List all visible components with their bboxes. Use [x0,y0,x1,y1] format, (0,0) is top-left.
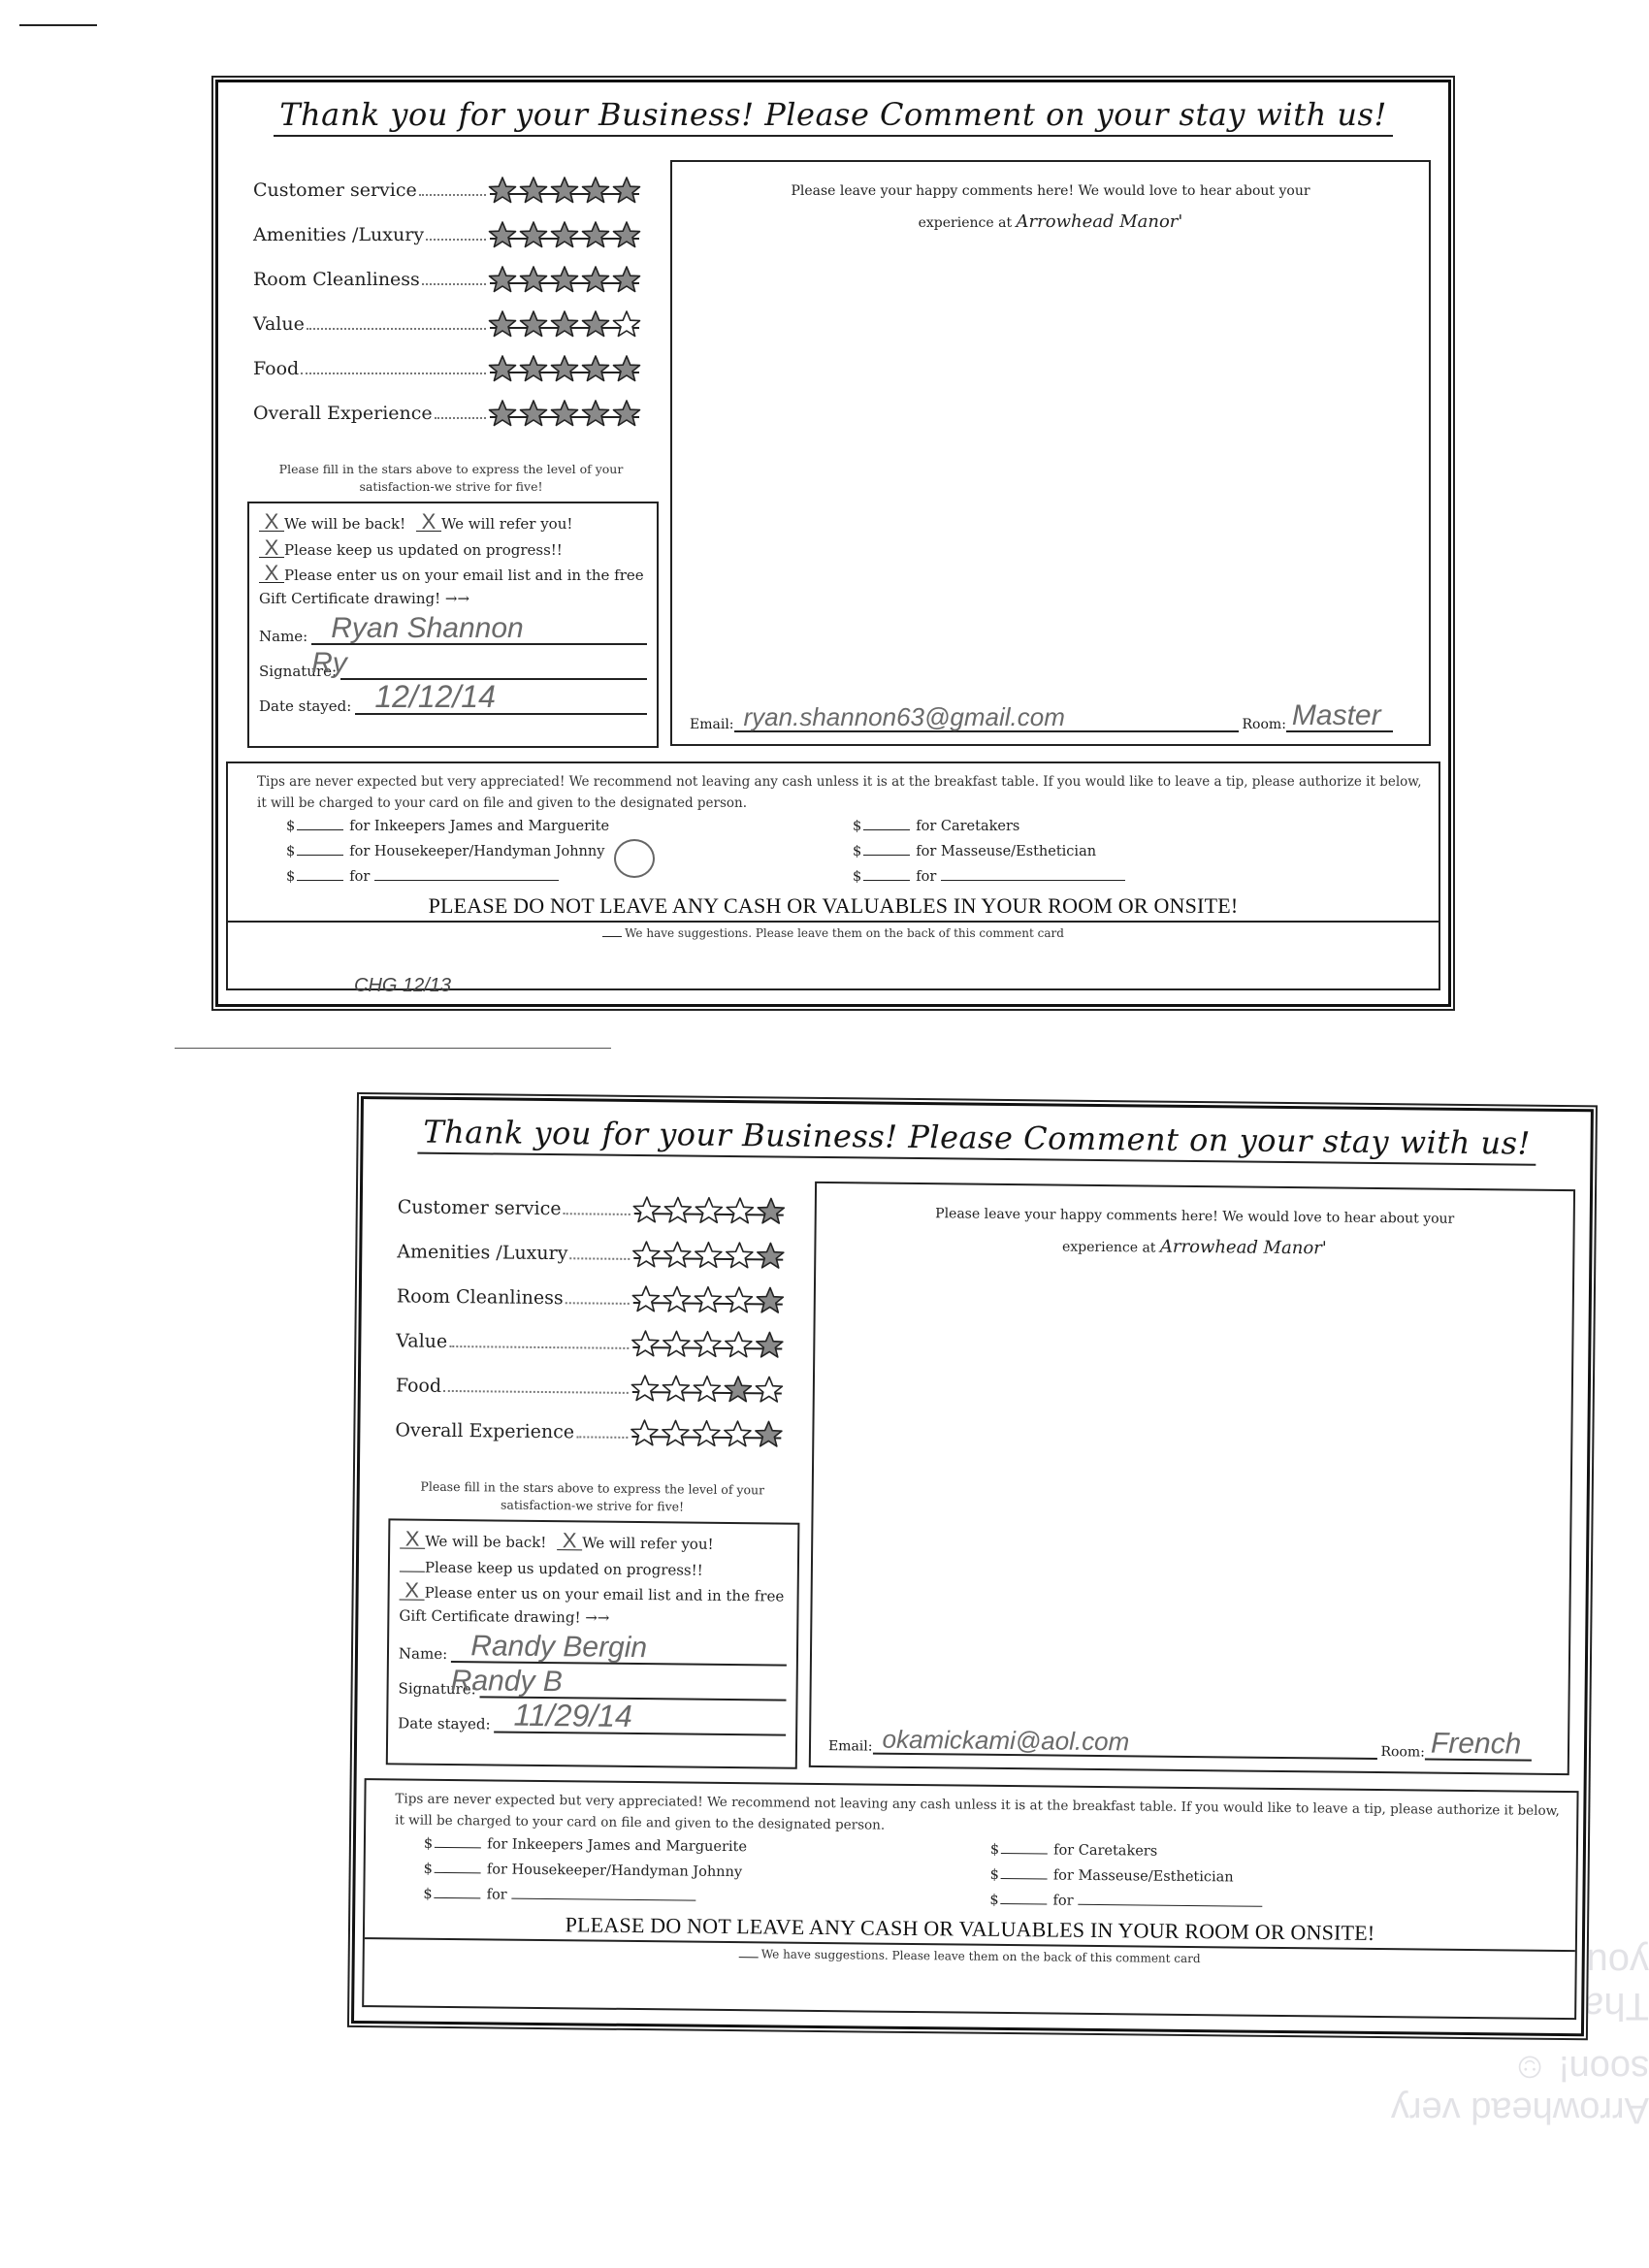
warning-text: PLEASE DO NOT LEAVE ANY CASH OR VALUABLE… [228,893,1439,923]
date-input[interactable]: 12/12/14 [355,690,647,715]
rating-label: Room Cleanliness [397,1285,564,1309]
rating-row: Food [396,1363,784,1411]
acknowledgement-box: XWe will be back! XWe will refer you! Pl… [386,1518,800,1768]
star-empty-icon[interactable] [612,309,641,339]
star-filled-icon[interactable] [612,265,641,294]
star-filled-icon[interactable] [488,309,517,339]
rating-label: Amenities /Luxury [253,224,424,245]
tip-amount-input[interactable] [863,880,910,881]
star-empty-icon[interactable] [630,1418,659,1447]
leader-dots [422,283,486,285]
tip-amount-input[interactable] [297,855,343,856]
tip-label: for [487,1887,507,1902]
star-rating[interactable] [630,1374,784,1405]
star-filled-icon[interactable] [519,265,548,294]
scan-edge [175,1048,611,1049]
card-title: Thank you for your Business! Please Comm… [218,96,1448,133]
suggestions-line: We have suggestions. Please leave them o… [228,926,1439,940]
star-filled-icon[interactable] [724,1375,753,1404]
star-empty-icon[interactable] [663,1195,693,1224]
star-empty-icon[interactable] [631,1284,661,1313]
name-field: Name:Randy Bergin [399,1627,787,1666]
leader-dots [563,1213,630,1215]
star-filled-icon[interactable] [757,1196,786,1225]
name-input[interactable]: Ryan Shannon [311,620,647,645]
star-filled-icon[interactable] [488,265,517,294]
star-rating[interactable] [631,1240,785,1271]
email-input[interactable]: okamickami@aol.com [872,1726,1376,1760]
rating-label: Value [396,1330,447,1352]
star-filled-icon[interactable] [581,220,610,249]
star-empty-icon[interactable] [663,1284,692,1313]
signature-input[interactable]: Ry [340,655,647,680]
rating-label: Customer service [253,179,417,201]
star-empty-icon[interactable] [725,1285,754,1314]
tip-amount-input[interactable] [1001,1878,1048,1880]
star-filled-icon[interactable] [754,1419,783,1448]
star-filled-icon[interactable] [550,265,579,294]
ack-label: We will be back! [425,1533,546,1551]
star-filled-icon[interactable] [581,354,610,383]
tip-label: for Housekeeper/Handyman Johnny [487,1862,742,1880]
comment-prompt: Please leave your happy comments here! W… [816,1197,1573,1268]
comment-prompt: Please leave your happy comments here! W… [672,176,1429,239]
star-filled-icon[interactable] [612,354,641,383]
star-empty-icon[interactable] [661,1418,690,1447]
tip-amount-input[interactable] [297,829,343,830]
ack-label: Please keep us updated on progress!! [284,541,563,559]
tip-amount-input[interactable] [435,1847,481,1849]
ratings-section: Customer serviceAmenities /LuxuryRoom Cl… [395,1184,786,1456]
comments-box[interactable]: Please leave your happy comments here! W… [809,1182,1575,1775]
star-filled-icon[interactable] [756,1241,785,1270]
leader-dots [576,1436,628,1439]
ack-row-email-list: XPlease enter us on your email list and … [399,1580,787,1631]
tip-amount-input[interactable] [863,829,910,830]
email-room-row: Email: ryan.shannon63@gmail.com Room: Ma… [690,703,1419,732]
star-empty-icon[interactable] [693,1375,722,1404]
tips-section: Tips are never expected but very appreci… [362,1778,1578,2020]
rating-row: Room Cleanliness [253,257,641,302]
tip-amount-input[interactable] [863,855,910,856]
star-filled-icon[interactable] [488,399,517,428]
room-input[interactable]: French [1425,1732,1532,1762]
ratings-section: Customer serviceAmenities /LuxuryRoom Cl… [253,168,641,436]
tip-item: $for [286,864,833,890]
ack-label: Please keep us updated on progress!! [425,1559,703,1579]
tip-amount-input[interactable] [1001,1903,1048,1905]
checkbox-will-refer[interactable]: X [416,513,441,532]
star-filled-icon[interactable] [488,220,517,249]
rating-label: Food [253,358,299,379]
star-empty-icon[interactable] [694,1285,723,1314]
star-empty-icon[interactable] [726,1196,755,1225]
star-empty-icon[interactable] [755,1375,784,1404]
ack-label: We will be back! [284,515,405,533]
rating-row: Overall Experience [253,391,641,436]
checkbox-email-list[interactable]: X [400,1581,425,1600]
tips-text: Tips are never expected but very appreci… [228,763,1439,814]
ack-label: Please enter us on your email list and i… [259,567,644,607]
rating-row: Amenities /Luxury [253,212,641,257]
rating-label: Food [396,1375,441,1396]
acknowledgement-box: XWe will be back! XWe will refer you! XP… [247,502,659,748]
star-empty-icon[interactable] [630,1374,660,1403]
name-field: Name:Ryan Shannon [259,610,647,645]
leader-dots [443,1390,629,1394]
star-empty-icon[interactable] [695,1196,724,1225]
rating-row: Room Cleanliness [397,1274,785,1322]
tip-item: $for Inkeepers James and Marguerite [286,814,833,839]
star-filled-icon[interactable] [581,176,610,205]
pencil-circle-mark [614,839,655,878]
star-filled-icon[interactable] [550,220,579,249]
tip-item: $for Masseuse/Esthetician [853,839,1400,864]
star-empty-icon[interactable] [723,1419,752,1448]
star-empty-icon[interactable] [630,1329,660,1358]
tip-recipient-input[interactable] [511,1898,695,1901]
comment-card-2: Thank you for your Business! Please Comm… [351,1096,1594,2036]
rating-label: Overall Experience [395,1419,574,1442]
tip-recipient-input[interactable] [941,880,1125,881]
star-filled-icon[interactable] [581,309,610,339]
star-filled-icon[interactable] [550,309,579,339]
name-input[interactable]: Randy Bergin [451,1637,787,1667]
rating-label: Value [253,313,305,335]
tip-item: $for [423,1882,970,1913]
star-rating[interactable] [488,399,641,428]
tip-item: $for [989,1888,1536,1919]
email-input[interactable]: ryan.shannon63@gmail.com [734,703,1239,732]
rating-label: Overall Experience [253,403,433,424]
rating-row: Value [253,302,641,346]
star-filled-icon[interactable] [519,399,548,428]
rating-label: Customer service [398,1196,562,1219]
star-filled-icon[interactable] [550,399,579,428]
star-filled-icon[interactable] [488,176,517,205]
star-rating[interactable] [630,1329,784,1360]
star-rating[interactable] [488,220,641,249]
star-rating[interactable] [632,1195,786,1226]
ack-row-updated: XPlease keep us updated on progress!! [259,537,647,564]
tip-items: $for Inkeepers James and Marguerite$for … [365,1831,1576,1919]
leader-dots [566,1302,630,1305]
ack-row-updated: Please keep us updated on progress!! [400,1554,788,1584]
rating-label: Amenities /Luxury [397,1241,567,1264]
rating-row: Overall Experience [395,1408,783,1456]
star-filled-icon[interactable] [755,1330,784,1359]
leader-dots [301,373,486,374]
manor-name: Arrowhead Manor' [1017,211,1183,232]
checkbox-will-refer[interactable]: X [557,1532,582,1550]
checkbox-will-be-back[interactable]: X [400,1530,425,1548]
tip-label: for Caretakers [1053,1843,1157,1860]
star-empty-icon[interactable] [692,1419,721,1448]
star-empty-icon[interactable] [662,1374,691,1403]
rating-row: Amenities /Luxury [397,1229,785,1278]
tip-label: for Masseuse/Esthetician [916,844,1096,859]
room-input[interactable]: Master [1286,703,1393,732]
signature-field: Signature:Randy B [399,1662,787,1701]
bleed-through-text: Arrowhead very soon! ☺ [1377,2047,1649,2130]
leader-dots [449,1345,629,1349]
comment-card-1: Thank you for your Business! Please Comm… [215,80,1451,1007]
tip-items: $for Inkeepers James and Marguerite$for … [228,814,1439,890]
ack-label: Please enter us on your email list and i… [399,1584,784,1627]
rating-label: Room Cleanliness [253,269,420,290]
star-filled-icon[interactable] [581,399,610,428]
tip-label: for Caretakers [916,819,1019,834]
tip-label: for Inkeepers James and Marguerite [349,819,609,834]
checkbox-email-list[interactable]: X [259,565,284,583]
ack-row-back-refer: XWe will be back! XWe will refer you! [400,1528,788,1558]
star-filled-icon[interactable] [550,176,579,205]
tip-item: $for [853,864,1400,890]
star-filled-icon[interactable] [581,265,610,294]
tip-label: for Housekeeper/Handyman Johnny [349,844,604,859]
tip-label: for [916,869,936,885]
star-rating[interactable] [488,265,641,294]
star-empty-icon[interactable] [663,1240,692,1269]
star-empty-icon[interactable] [725,1241,754,1270]
suggestions-checkbox[interactable] [739,1957,759,1958]
tip-amount-input[interactable] [1001,1853,1048,1855]
rating-row: Value [396,1318,784,1367]
email-room-row: Email: okamickami@aol.com Room: French [828,1725,1558,1762]
rating-row: Customer service [253,168,641,212]
star-rating[interactable] [630,1418,783,1449]
star-filled-icon[interactable] [519,309,548,339]
star-empty-icon[interactable] [631,1240,661,1269]
leader-dots [435,417,486,419]
star-filled-icon[interactable] [550,354,579,383]
star-filled-icon[interactable] [519,354,548,383]
star-rating[interactable] [488,309,641,339]
checkbox-will-be-back[interactable]: X [259,513,284,532]
tip-item: $for Housekeeper/Handyman Johnny [286,839,833,864]
leader-dots [307,328,486,330]
tips-section: Tips are never expected but very appreci… [226,761,1440,990]
signature-field: Signature:Ry [259,645,647,680]
handwritten-stamp: CHG 12/13 [354,975,451,997]
scan-edge [19,24,97,26]
star-filled-icon[interactable] [756,1285,785,1314]
tip-label: for [349,869,370,885]
star-filled-icon[interactable] [612,220,641,249]
ack-label: We will refer you! [582,1534,714,1552]
rating-row: Customer service [398,1184,786,1233]
star-filled-icon[interactable] [519,176,548,205]
tip-amount-input[interactable] [297,880,343,881]
rating-row: Food [253,346,641,391]
star-empty-icon[interactable] [693,1330,722,1359]
star-filled-icon[interactable] [488,354,517,383]
leader-dots [426,239,486,241]
date-input[interactable]: 11/29/14 [494,1707,786,1735]
tip-label: for [1053,1894,1074,1909]
tip-label: for Inkeepers James and Marguerite [487,1836,747,1855]
rating-note: Please fill in the stars above to expres… [399,1477,787,1516]
tip-label: for Masseuse/Esthetician [1053,1868,1234,1886]
star-filled-icon[interactable] [612,399,641,428]
ack-row-email-list: XPlease enter us on your email list and … [259,564,647,610]
date-field: Date stayed:11/29/14 [398,1697,786,1735]
rating-note: Please fill in the stars above to expres… [257,461,645,496]
star-filled-icon[interactable] [519,220,548,249]
checkbox-keep-updated[interactable] [400,1571,425,1571]
leader-dots [419,194,486,196]
checkbox-keep-updated[interactable]: X [259,539,284,558]
card-title: Thank you for your Business! Please Comm… [363,1113,1590,1162]
ack-row-back-refer: XWe will be back! XWe will refer you! [259,511,647,537]
manor-name: Arrowhead Manor' [1160,1237,1327,1259]
star-rating[interactable] [631,1284,785,1315]
star-empty-icon[interactable] [724,1330,753,1359]
star-rating[interactable] [488,354,641,383]
ack-label: We will refer you! [441,515,572,533]
leader-dots [569,1257,630,1260]
tip-amount-input[interactable] [435,1897,481,1899]
suggestions-checkbox[interactable] [602,936,622,937]
tip-recipient-input[interactable] [1078,1904,1262,1907]
star-empty-icon[interactable] [632,1195,662,1224]
star-empty-icon[interactable] [662,1329,691,1358]
tip-recipient-input[interactable] [374,880,559,881]
star-filled-icon[interactable] [612,176,641,205]
star-rating[interactable] [488,176,641,205]
star-empty-icon[interactable] [694,1241,723,1270]
date-field: Date stayed:12/12/14 [259,680,647,715]
comments-box[interactable]: Please leave your happy comments here! W… [670,160,1431,746]
tip-amount-input[interactable] [435,1872,481,1874]
tip-item: $for Caretakers [853,814,1400,839]
